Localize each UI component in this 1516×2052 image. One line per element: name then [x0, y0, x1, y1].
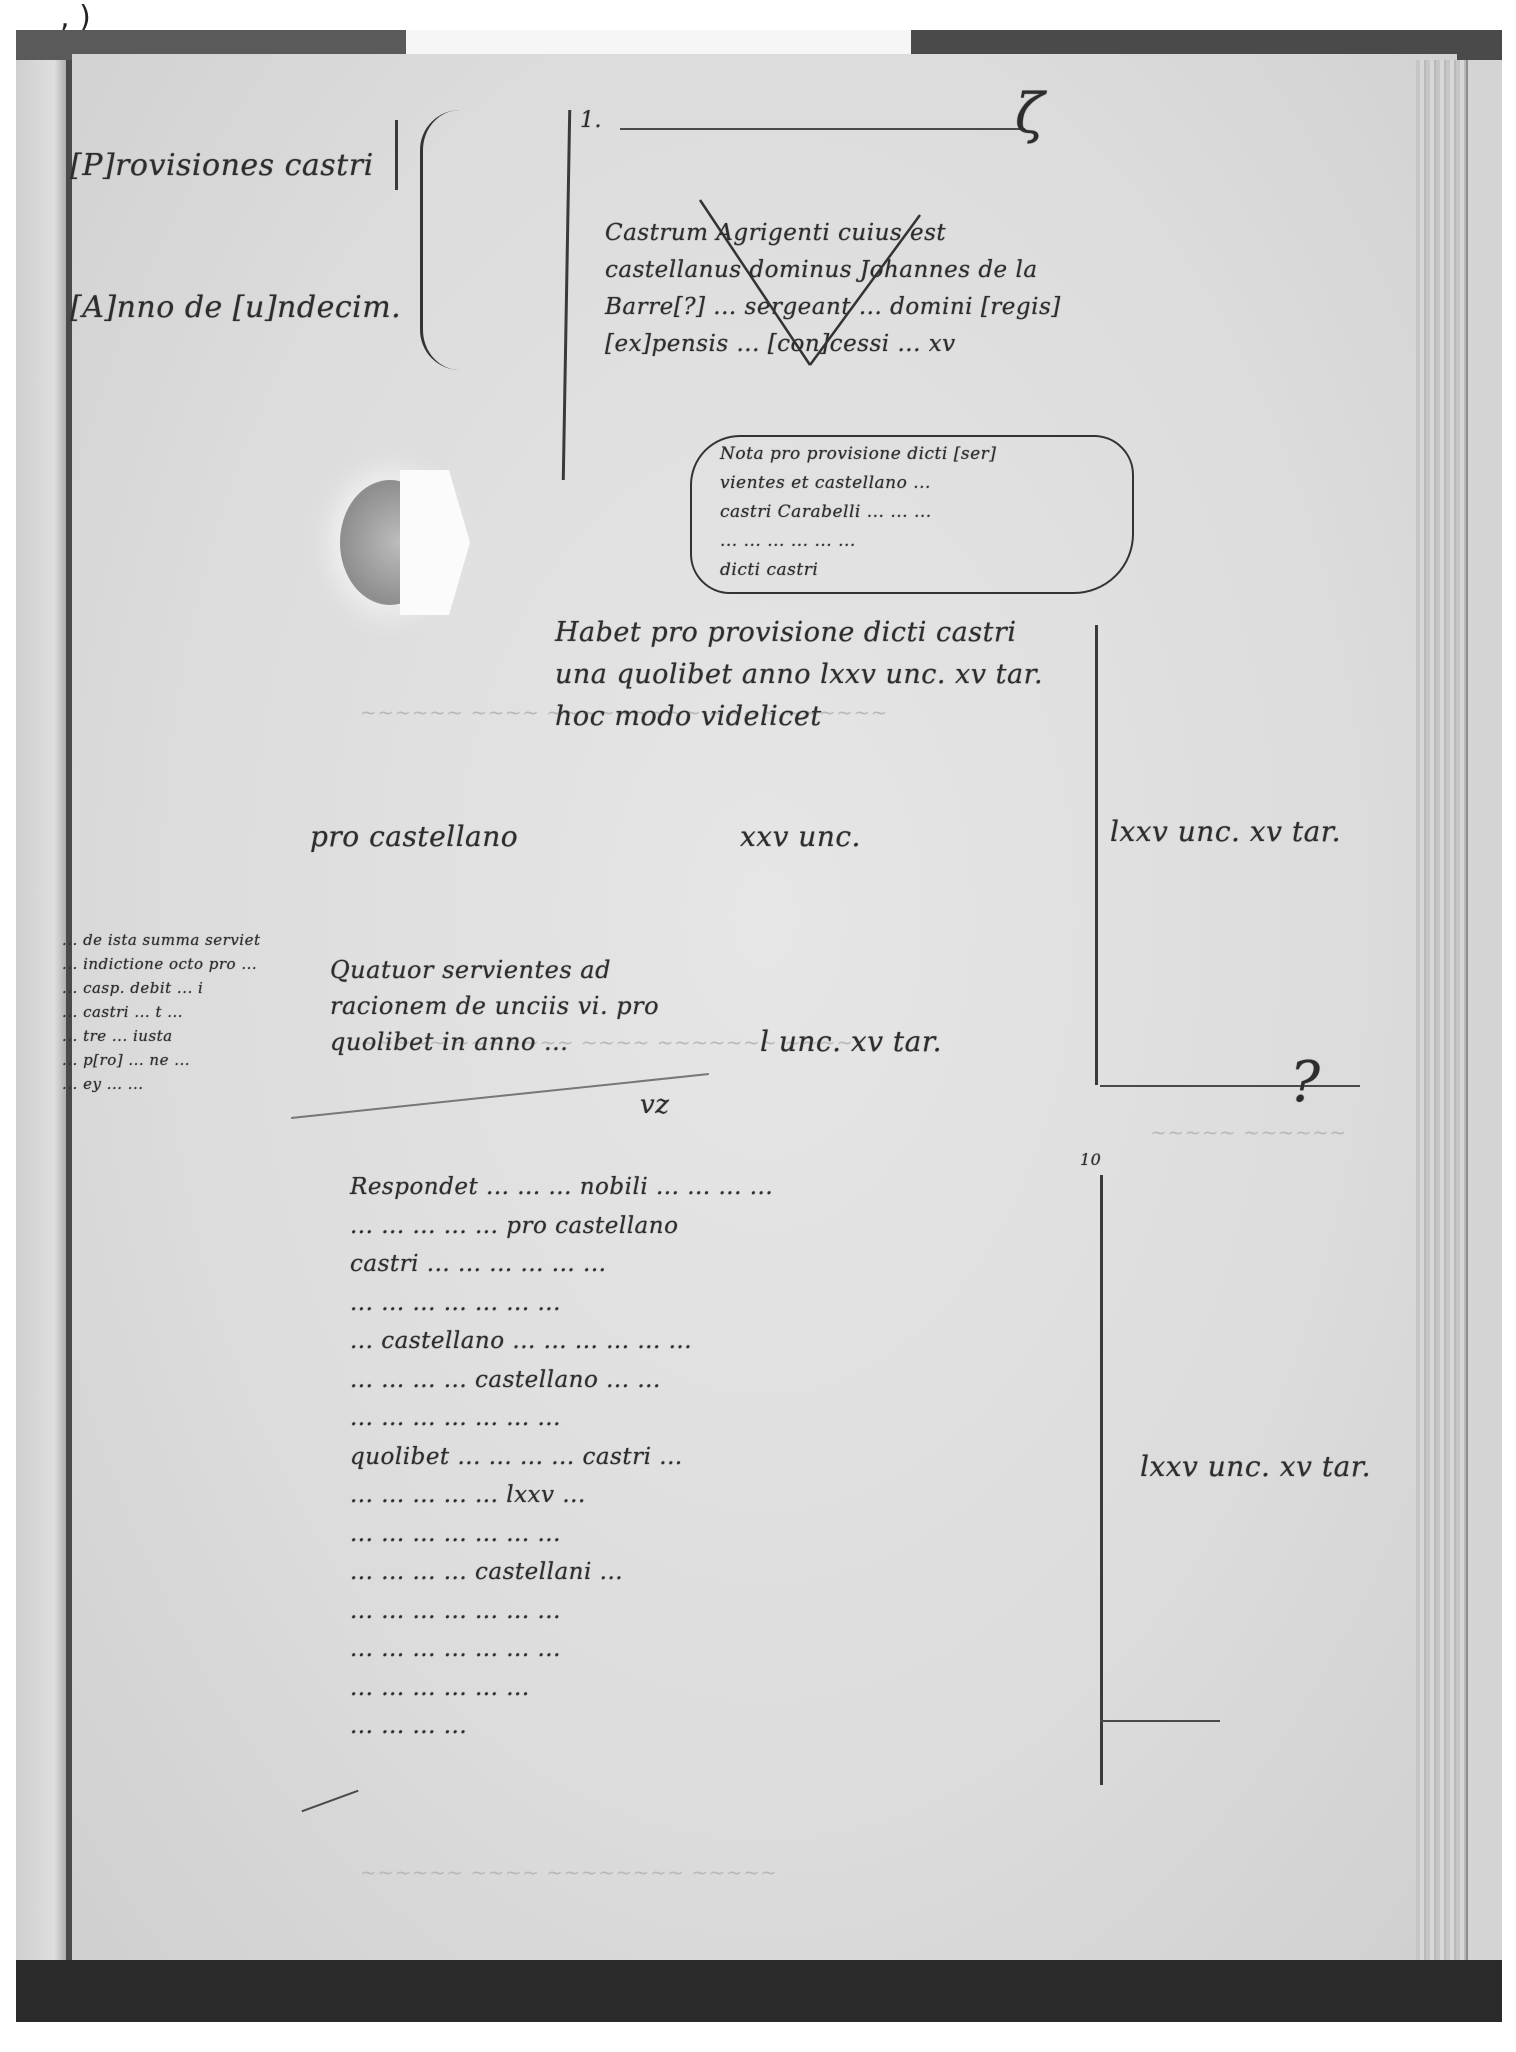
entry-3-line: ... ... ... ... ... ... ... [350, 1630, 773, 1669]
margin-note-line: ... tre ... iusta [62, 1024, 261, 1048]
item-servientes-amount: l unc. xv tar. [760, 1025, 942, 1058]
entry-3-line: ... castellano ... ... ... ... ... ... [350, 1322, 773, 1361]
entry-3-page-number: 10 [1080, 1150, 1101, 1169]
entry-3-respondet: Respondet ... ... ... nobili ... ... ...… [350, 1168, 773, 1746]
entry-3-line: Respondet ... ... ... nobili ... ... ...… [350, 1168, 773, 1207]
margin-note-line: ... ey ... ... [62, 1072, 261, 1096]
item-servientes-text: Quatuor servientes ad racionem de unciis… [330, 952, 659, 1060]
entry-2-habet-pro-provisione: Habet pro provisione dicti castri una qu… [555, 612, 1043, 738]
margin-heading-anno: [A]nno de [u]ndecim. [70, 290, 401, 325]
margin-note-line: ... casp. debit ... i [62, 976, 261, 1000]
margin-note-line: ... castri ... t ... [62, 1000, 261, 1024]
cross-out-mark-icon [690, 195, 930, 375]
large-bracket-left [420, 110, 483, 370]
boxed-note-line: ... ... ... ... ... ... [720, 527, 996, 556]
item-servientes-line: racionem de unciis vi. pro [330, 988, 659, 1024]
right-margin-strip [1468, 60, 1502, 1980]
margin-note-line: ... indictione octo pro ... [62, 952, 261, 976]
item-servientes-line: quolibet in anno ... [330, 1024, 659, 1060]
show-through-text: ~~~~~ ~~~~~~ [1150, 1120, 1347, 1144]
header-mark-right: ζ [1015, 82, 1045, 145]
entry-2-line: Habet pro provisione dicti castri [555, 612, 1043, 654]
total-rule-2 [1100, 1720, 1220, 1722]
header-rule [620, 128, 1025, 130]
item-castellanus-amount: xxv unc. [740, 820, 861, 853]
entry-3-line: ... ... ... ... castellani ... [350, 1553, 773, 1592]
margin-divider [395, 120, 398, 190]
margin-note-line: ... de ista summa serviet [62, 928, 261, 952]
boxed-note-line: castri Carabelli ... ... ... [720, 498, 996, 527]
boxed-note-line: vientes et castellano ... [720, 469, 996, 498]
total-rule-1 [1100, 1085, 1360, 1087]
entry-3-line: ... ... ... ... ... ... ... [350, 1399, 773, 1438]
show-through-text: ~~~~~~ ~~~~ ~~~~~~~~ ~~~~~ [360, 1860, 778, 1884]
entry-3-line: ... ... ... ... ... pro castellano [350, 1207, 773, 1246]
item-servientes-line: Quatuor servientes ad [330, 952, 659, 988]
entry-3-line: ... ... ... ... castellano ... ... [350, 1361, 773, 1400]
entry-3-line: ... ... ... ... ... ... ... [350, 1592, 773, 1631]
total-amount-2: lxxv unc. xv tar. [1140, 1450, 1371, 1483]
total-amount-1: lxxv unc. xv tar. [1110, 815, 1341, 848]
entry-2-line: hoc modo videlicet [555, 696, 1043, 738]
total-bracket-1 [1095, 625, 1098, 1085]
scan-border-bottom [16, 1960, 1502, 2022]
boxed-note-text: Nota pro provisione dicti [ser] vientes … [720, 440, 996, 585]
margin-note-line: ... p[ro] ... ne ... [62, 1048, 261, 1072]
boxed-note-line: Nota pro provisione dicti [ser] [720, 440, 996, 469]
entry-3-line: ... ... ... ... ... ... ... [350, 1284, 773, 1323]
header-mark-left: 1. [580, 108, 602, 133]
entry-3-line: ... ... ... ... ... ... ... [350, 1515, 773, 1554]
total-bracket-2 [1100, 1175, 1103, 1785]
item-castellanus-label: pro castellano [310, 820, 518, 853]
entry-3-line: ... ... ... ... ... ... [350, 1669, 773, 1708]
entry-3-line: quolibet ... ... ... ... castri ... [350, 1438, 773, 1477]
entry-3-line: ... ... ... ... [350, 1707, 773, 1746]
entry-2-line: una quolibet anno lxxv unc. xv tar. [555, 654, 1043, 696]
page-edges-stack [1416, 60, 1469, 1980]
seal-cutout [400, 470, 470, 615]
entry-3-line: castri ... ... ... ... ... ... [350, 1245, 773, 1284]
seal-hole [340, 470, 470, 610]
entry-3-line: ... ... ... ... ... lxxv ... [350, 1476, 773, 1515]
flourish-mark: ? [1290, 1050, 1321, 1115]
margin-heading-provisiones: [P]rovisiones castri [70, 148, 374, 183]
videlicet-mark: vz [640, 1090, 669, 1120]
margin-note: ... de ista summa serviet ... indictione… [62, 928, 261, 1096]
boxed-note-line: dicti castri [720, 556, 996, 585]
